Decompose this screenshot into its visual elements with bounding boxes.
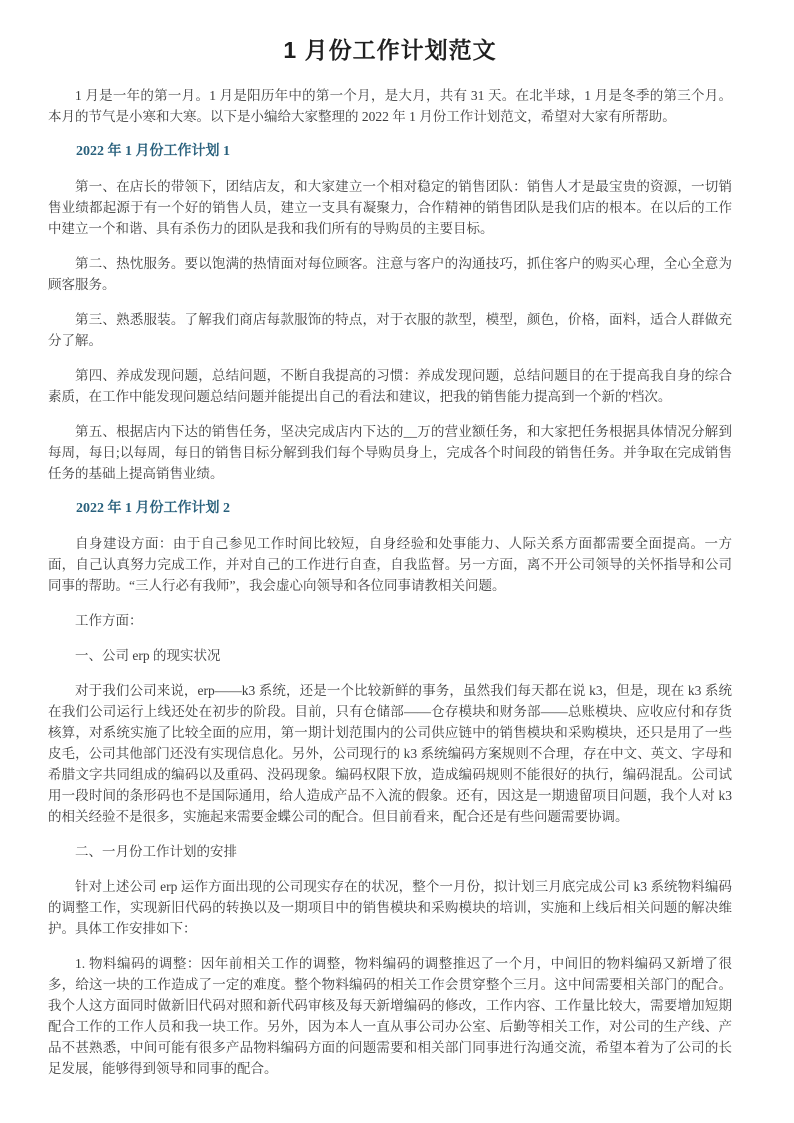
section-heading-plan-2: 2022 年 1 月份工作计划 2 xyxy=(48,498,732,519)
section-heading-plan-1: 2022 年 1 月份工作计划 1 xyxy=(48,141,732,162)
plan1-point-3-paragraph: 第三、熟悉服装。了解我们商店每款服饰的特点，对于衣服的款型，模型，颜色，价格，面… xyxy=(48,309,732,351)
plan1-point-4-paragraph: 第四、养成发现问题，总结问题，不断自我提高的习惯：养成发现问题，总结问题目的在于… xyxy=(48,365,732,407)
plan1-point-2-paragraph: 第二、热忱服务。要以饱满的热情面对每位顾客。注意与客户的沟通技巧，抓住客户的购买… xyxy=(48,253,732,295)
plan2-work-aspect-label: 工作方面： xyxy=(48,610,732,631)
plan2-subheading-erp-status: 一、公司 erp 的现实状况 xyxy=(48,645,732,666)
intro-paragraph: 1 月是一年的第一月。1 月是阳历年中的第一个月，是大月，共有 31 天。在北半… xyxy=(48,85,732,127)
document-page: 1 月份工作计划范文 1 月是一年的第一月。1 月是阳历年中的第一个月，是大月，… xyxy=(0,0,794,1123)
plan1-point-5-paragraph: 第五、根据店内下达的销售任务，坚决完成店内下达的__万的营业额任务，和大家把任务… xyxy=(48,421,732,484)
plan2-subheading-january-arrangement: 二、一月份工作计划的安排 xyxy=(48,841,732,862)
plan2-self-building-paragraph: 自身建设方面：由于自己参见工作时间比较短，自身经验和处事能力、人际关系方面都需要… xyxy=(48,533,732,596)
plan2-arrangement-overview-paragraph: 针对上述公司 erp 运作方面出现的公司现实存在的状况，整个一月份，拟计划三月底… xyxy=(48,876,732,939)
plan1-point-1-paragraph: 第一、在店长的带领下，团结店友，和大家建立一个相对稳定的销售团队：销售人才是最宝… xyxy=(48,176,732,239)
plan2-material-coding-paragraph: 1. 物料编码的调整：因年前相关工作的调整，物料编码的调整推迟了一个月，中间旧的… xyxy=(48,953,732,1079)
plan2-erp-status-paragraph: 对于我们公司来说，erp——k3 系统，还是一个比较新鲜的事务，虽然我们每天都在… xyxy=(48,680,732,827)
document-title: 1 月份工作计划范文 xyxy=(48,34,732,66)
